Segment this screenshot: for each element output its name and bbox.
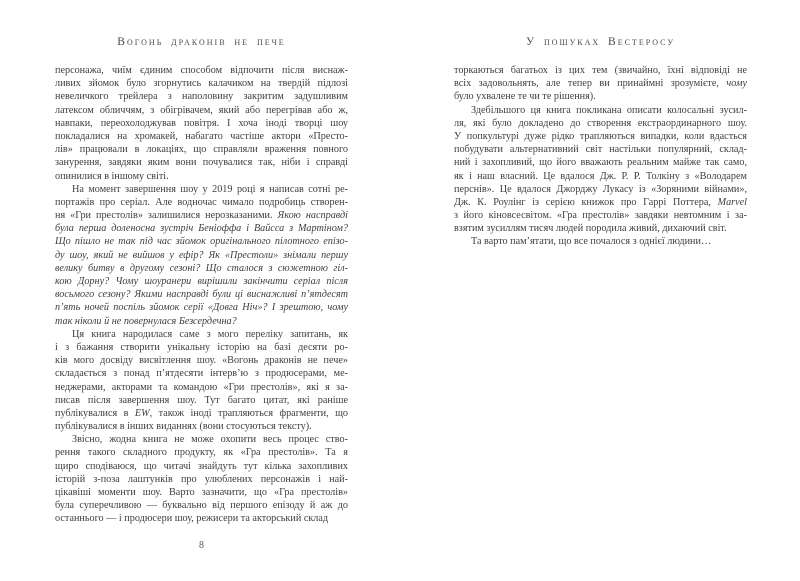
- text-line: взятим зусиллям тисяч людей породила жив…: [454, 222, 747, 235]
- book-spread: Вогонь драконів не пече персонажа, чиїм …: [0, 0, 800, 581]
- paragraph: Ця книга народилася саме з мого переліку…: [55, 328, 348, 434]
- text-line: Здебільшого ця книга покликана описати к…: [454, 104, 747, 117]
- text-line: торкаються багатьох із цих тем (звичайно…: [454, 64, 747, 77]
- text-segment: персонажа, чиїм єдиним способом відпочит…: [55, 65, 348, 76]
- left-page-number: 8: [55, 540, 348, 551]
- text-line: невеличкого трейлера з наполовину закрит…: [55, 90, 348, 103]
- text-line: була суперечливою — буквально від першог…: [55, 499, 348, 512]
- italic-text-segment: чому: [726, 78, 747, 89]
- italic-text-segment: Якою насправді: [278, 210, 349, 221]
- text-line: ду шоу, який не вийшов у ефір? Як «Прест…: [55, 249, 348, 262]
- text-segment: історій з-поза лаштунків про улюблених п…: [55, 474, 348, 485]
- text-segment: писав після завершення шоу. Тут багато ц…: [55, 395, 348, 406]
- text-segment: опинилися в іншому світі.: [55, 171, 169, 182]
- paragraph: Звісно, жодна книга не може охопити весь…: [55, 433, 348, 525]
- text-line: історій з-поза лаштунків про улюблених п…: [55, 473, 348, 486]
- text-segment: як і наш власний. Це вдалося Дж. Р. Р. Т…: [454, 171, 747, 182]
- text-line: На момент завершення шоу у 2019 році я н…: [55, 183, 348, 196]
- text-line: складається з понад п’ятдесяти інтерв’ю …: [55, 367, 348, 380]
- text-line: як і наш власний. Це вдалося Дж. Р. Р. Т…: [454, 170, 747, 183]
- text-line: щиро сподіваюся, що читачі знайдуть тут …: [55, 460, 348, 473]
- text-segment: Ця книга народилася саме з мого переліку…: [72, 329, 348, 340]
- text-line: покладалися на хромакей, набагато частіш…: [55, 130, 348, 143]
- text-line: всіх задовольнять, але тепер ви принаймн…: [454, 77, 747, 90]
- text-segment: останнього — і продюсери шоу, режисери т…: [55, 513, 328, 524]
- text-segment: , також іноді трапляються фрагменти, що: [150, 408, 348, 419]
- paragraph: персонажа, чиїм єдиним способом відпочит…: [55, 64, 348, 183]
- paragraph: Здебільшого ця книга покликана описати к…: [454, 104, 747, 236]
- italic-text-segment: EW: [135, 408, 150, 419]
- italic-text-segment: ду шоу, який не вийшов у ефір? Як «Прест…: [55, 250, 348, 261]
- text-segment: У попкультурі дуже рідко трапляються вип…: [454, 131, 747, 142]
- text-line: Дж. К. Роулінг із серією книжок про Гарр…: [454, 196, 747, 209]
- text-line: латексом обличчям, з обігрівачем, який а…: [55, 104, 348, 117]
- text-line: ний і захопливий, що його вважають реаль…: [454, 156, 747, 169]
- text-line: п’ять ночей поспіль зйомок серії «Довга …: [55, 301, 348, 314]
- italic-text-segment: так ніколи й не повернулася Безсердечна?: [55, 316, 237, 327]
- text-segment: занурення, завдяки яким вони почувалися …: [55, 157, 348, 168]
- text-line: кою Дорну? Чому шоуранери вирішили закін…: [55, 275, 348, 288]
- text-line: і з бажання створити унікальну історію н…: [55, 341, 348, 354]
- text-segment: торкаються багатьох із цих тем (звичайно…: [454, 65, 747, 76]
- text-line: побудувати альтернативний світ настільки…: [454, 143, 747, 156]
- text-segment: складається з понад п’ятдесяти інтерв’ю …: [55, 368, 348, 379]
- text-line: лів» працювали в локаціях, що справляли …: [55, 143, 348, 156]
- text-line: писав після завершення шоу. Тут багато ц…: [55, 394, 348, 407]
- text-line: було ухвалене те чи те рішення).: [454, 90, 747, 103]
- text-line: публікувалися в EW, також іноді трапляют…: [55, 407, 348, 420]
- text-line: восьмого сезону? Якими насправді були ці…: [55, 288, 348, 301]
- paragraph: Та варто пам’ятати, що все почалося з од…: [454, 235, 747, 248]
- text-segment: навпаки, переохолоджував повітря. І хоча…: [55, 118, 348, 129]
- italic-text-segment: кою Дорну? Чому шоуранери вирішили закін…: [55, 276, 348, 287]
- italic-text-segment: велику битву в другому сезоні? Що сталос…: [55, 263, 348, 274]
- italic-text-segment: Marvel: [718, 197, 747, 208]
- text-line: була перша доленосна зустріч Беніоффа і …: [55, 222, 348, 235]
- text-segment: публікувалися в: [55, 408, 135, 419]
- text-segment: рення такого складного продукту, як «Гра…: [55, 447, 348, 458]
- text-segment: невеличкого трейлера з наполовину закрит…: [55, 91, 348, 102]
- text-line: велику битву в другому сезоні? Що сталос…: [55, 262, 348, 275]
- text-segment: щиро сподіваюся, що читачі знайдуть тут …: [55, 461, 348, 472]
- text-segment: Дж. К. Роулінг із серією книжок про Гарр…: [454, 197, 718, 208]
- text-line: занурення, завдяки яким вони почувалися …: [55, 156, 348, 169]
- text-segment: було ухвалене те чи те рішення).: [454, 91, 596, 102]
- text-segment: ля, які було докладено до створення екст…: [454, 118, 747, 129]
- text-line: останнього — і продюсери шоу, режисери т…: [55, 512, 348, 525]
- text-line: опинилися в іншому світі.: [55, 170, 348, 183]
- text-line: Що пішло не так під час зйомок оригіналь…: [55, 235, 348, 248]
- text-segment: Здебільшого ця книга покликана описати к…: [471, 105, 747, 116]
- text-segment: На момент завершення шоу у 2019 році я н…: [72, 184, 348, 195]
- right-text-column: торкаються багатьох із цих тем (звичайно…: [454, 64, 747, 249]
- text-line: портажів про серіал. Але водночас чимало…: [55, 196, 348, 209]
- text-segment: Та варто пам’ятати, що все почалося з од…: [471, 236, 711, 247]
- text-segment: неджерами, акторами та командою «Гри пре…: [55, 382, 348, 393]
- text-segment: публікувалися в інших виданнях (вони сто…: [55, 421, 312, 432]
- text-line: неджерами, акторами та командою «Гри пре…: [55, 381, 348, 394]
- text-line: ливих зйомок було згорнутись калачиком н…: [55, 77, 348, 90]
- left-running-head: Вогонь драконів не пече: [55, 36, 348, 48]
- text-segment: з його кіновсесвітом. «Гра престолів» за…: [454, 210, 747, 221]
- paragraph: На момент завершення шоу у 2019 році я н…: [55, 183, 348, 328]
- text-segment: ків мого досвіду висвітлення шоу. «Вогон…: [55, 355, 348, 366]
- left-text-column: персонажа, чиїм єдиним способом відпочит…: [55, 64, 348, 526]
- text-segment: перснів». Це вдалося Джорджу Лукасу із «…: [454, 184, 747, 195]
- text-line: Та варто пам’ятати, що все почалося з од…: [454, 235, 747, 248]
- text-segment: взятим зусиллям тисяч людей породила жив…: [454, 223, 727, 234]
- text-line: Ця книга народилася саме з мого переліку…: [55, 328, 348, 341]
- text-line: публікувалися в інших виданнях (вони сто…: [55, 420, 348, 433]
- italic-text-segment: восьмого сезону? Якими насправді були ці…: [55, 289, 348, 300]
- text-line: рення такого складного продукту, як «Гра…: [55, 446, 348, 459]
- text-segment: лів» працювали в локаціях, що справляли …: [55, 144, 348, 155]
- right-running-head: У пошуках Вестеросу: [454, 36, 747, 48]
- text-line: цікавіші моменти шоу. Варто зазначити, щ…: [55, 486, 348, 499]
- text-line: ня «Гри престолів» залишилися нерозказан…: [55, 209, 348, 222]
- text-line: ля, які було докладено до створення екст…: [454, 117, 747, 130]
- text-segment: Звісно, жодна книга не може охопити весь…: [72, 434, 348, 445]
- text-line: У попкультурі дуже рідко трапляються вип…: [454, 130, 747, 143]
- text-segment: всіх задовольнять, але тепер ви принаймн…: [454, 78, 726, 89]
- text-segment: і з бажання створити унікальну історію н…: [55, 342, 348, 353]
- text-line: перснів». Це вдалося Джорджу Лукасу із «…: [454, 183, 747, 196]
- text-segment: ний і захопливий, що його вважають реаль…: [454, 157, 747, 168]
- text-segment: була суперечливою — буквально від першог…: [55, 500, 348, 511]
- text-segment: цікавіші моменти шоу. Варто зазначити, щ…: [55, 487, 348, 498]
- text-segment: ня «Гри престолів» залишилися нерозказан…: [55, 210, 278, 221]
- text-segment: покладалися на хромакей, набагато частіш…: [55, 131, 348, 142]
- text-line: з його кіновсесвітом. «Гра престолів» за…: [454, 209, 747, 222]
- right-page: У пошуках Вестеросу торкаються багатьох …: [454, 0, 747, 581]
- italic-text-segment: Що пішло не так під час зйомок оригіналь…: [55, 236, 348, 247]
- text-segment: ливих зйомок було згорнутись калачиком н…: [55, 78, 348, 89]
- text-line: навпаки, переохолоджував повітря. І хоча…: [55, 117, 348, 130]
- paragraph: торкаються багатьох із цих тем (звичайно…: [454, 64, 747, 104]
- text-line: так ніколи й не повернулася Безсердечна?: [55, 315, 348, 328]
- left-page: Вогонь драконів не пече персонажа, чиїм …: [55, 0, 348, 581]
- text-line: персонажа, чиїм єдиним способом відпочит…: [55, 64, 348, 77]
- italic-text-segment: була перша доленосна зустріч Беніоффа і …: [55, 223, 348, 234]
- text-line: ків мого досвіду висвітлення шоу. «Вогон…: [55, 354, 348, 367]
- italic-text-segment: п’ять ночей поспіль зйомок серії «Довга …: [55, 302, 348, 313]
- text-segment: латексом обличчям, з обігрівачем, який а…: [55, 105, 348, 116]
- text-line: Звісно, жодна книга не може охопити весь…: [55, 433, 348, 446]
- text-segment: портажів про серіал. Але водночас чимало…: [55, 197, 348, 208]
- text-segment: побудувати альтернативний світ настільки…: [454, 144, 747, 155]
